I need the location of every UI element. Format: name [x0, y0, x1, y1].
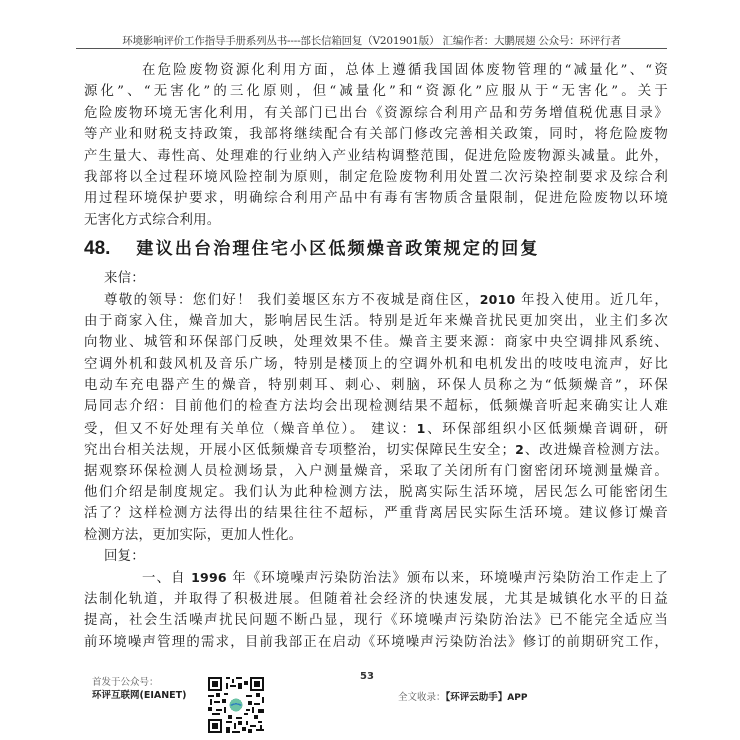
letter-line: 究出台相关法规，开展小区低频燥音专项整治，切实保障民生安全；2、改进燥音检测方法…: [84, 439, 668, 460]
letter-block: 来信： 尊敬的领导：您们好！ 我们姜堰区东方不夜城是商住区，2010 年投入使用…: [84, 268, 668, 546]
paragraph-line: 产生量大、毒性高、处理难的行业纳入产业结构调整范围，促进危险废物源头减量。此外，: [84, 146, 668, 167]
account-name: 环评互联网(EIANET): [92, 689, 186, 702]
document-page: 环境影响评价工作指导手册系列丛书----部长信箱回复（V201901版） 汇编作…: [0, 0, 740, 740]
paragraph-line: 源化”、“无害化”的三化原则，但“减量化”和“资源化”应服从于“无害化”。关于: [84, 81, 668, 102]
letter-line: 由于商家入住，燥音加大，影响居民生活。特别是近年来燥音扰民更加突出，业主们多次: [84, 311, 668, 332]
reply-line: 一、自 1996 年《环境噪声污染防治法》颁布以来，环境噪声污染防治工作走上了: [84, 567, 668, 588]
page-number: 53: [360, 671, 374, 682]
letter-line: 局同志介绍：目前他们的检查方法均会出现检测结果不超标，低频燥音听起来确实让人难: [84, 396, 668, 417]
first-published-label: 首发于公众号：: [92, 676, 186, 689]
paragraph-line: 等产业和财税支持政策，我部将继续配合有关部门修改完善相关政策，同时，将危险废物: [84, 124, 668, 145]
letter-line: 电动车充电器产生的燥音，特别刺耳、刺心、刺脑，环保人员称之为“低频燥音”，环保: [84, 375, 668, 396]
paragraph-line: 用过程环境保护要求，明确综合利用产品中有毒有害物质含量限制，促进危险废物以环境: [84, 188, 668, 209]
letter-line: 尊敬的领导：您们好！ 我们姜堰区东方不夜城是商住区，2010 年投入使用。近几年…: [84, 289, 668, 310]
qr-code-icon: [206, 675, 266, 735]
letter-label: 来信：: [84, 268, 668, 289]
paragraph-line: 危险废物环境无害化利用，有关部门已出台《资源综合利用产品和劳务增值税优惠目录》: [84, 103, 668, 124]
footer-collected: 全文收录：【环评云助手】APP: [398, 689, 527, 703]
letter-line: 向物业、城管和环保部门反映，处理效果不佳。燥音主要来源：商家中央空调排风系统、: [84, 332, 668, 353]
letter-line: 据观察环保检测人员检测场景，入户测量燥音，采取了关闭所有门窗密闭环境测量燥音。: [84, 461, 668, 482]
running-header: 环境影响评价工作指导手册系列丛书----部长信箱回复（V201901版） 汇编作…: [76, 33, 667, 47]
section-heading: 48.建议出台治理住宅小区低频燥音政策规定的回复: [84, 234, 540, 260]
collected-label: 全文收录：: [398, 692, 446, 703]
letter-line: 活了？这样检测方法得出的结果往往不超标，严重背离居民实际生活环境。建议修订燥音: [84, 503, 668, 524]
letter-line: 他们介绍是制度规定。我们认为此种检测方法，脱离实际生活环境，居民怎么可能密闭生: [84, 482, 668, 503]
footer-publisher: 首发于公众号： 环评互联网(EIANET): [92, 676, 186, 702]
reply-line: 法制化轨道，并取得了积极进展。但随着社会经济的快速发展，尤其是城镇化水平的日益: [84, 589, 668, 610]
letter-line: 空调外机和鼓风机及音乐广场，特别是楼顶上的空调外机和电机发出的吱吱电流声，好比: [84, 354, 668, 375]
header-divider: [76, 48, 667, 49]
reply-block: 回复： 一、自 1996 年《环境噪声污染防治法》颁布以来，环境噪声污染防治工作…: [84, 546, 668, 653]
reply-line: 提高，社会生活噪声扰民问题不断凸显，现行《环境噪声污染防治法》已不能完全适应当: [84, 610, 668, 631]
reply-line: 前环境噪声管理的需求，目前我部正在启动《环境噪声污染防治法》修订的前期研究工作，: [84, 632, 668, 653]
intro-paragraph: 在危险废物资源化利用方面，总体上遵循我国固体废物管理的“减量化”、“资 源化”、…: [84, 60, 668, 231]
letter-line: 检测方法，更加实际，更加人性化。: [84, 525, 668, 546]
paragraph-line: 在危险废物资源化利用方面，总体上遵循我国固体废物管理的“减量化”、“资: [84, 60, 668, 81]
paragraph-line: 无害化方式综合利用。: [84, 210, 668, 231]
paragraph-line: 我部将以全过程环境风险控制为原则，制定危险废物利用处置二次污染控制要求及综合利: [84, 167, 668, 188]
section-title: 建议出台治理住宅小区低频燥音政策规定的回复: [136, 239, 539, 259]
letter-line: 受，但又不好处理有关单位（燥音单位）。 建议：1、环保部组织小区低频燥音调研，研: [84, 418, 668, 439]
section-number: 48.: [84, 238, 110, 259]
reply-label: 回复：: [84, 546, 668, 567]
app-name: 【环评云助手】: [446, 692, 508, 703]
app-suffix: APP: [507, 693, 527, 703]
